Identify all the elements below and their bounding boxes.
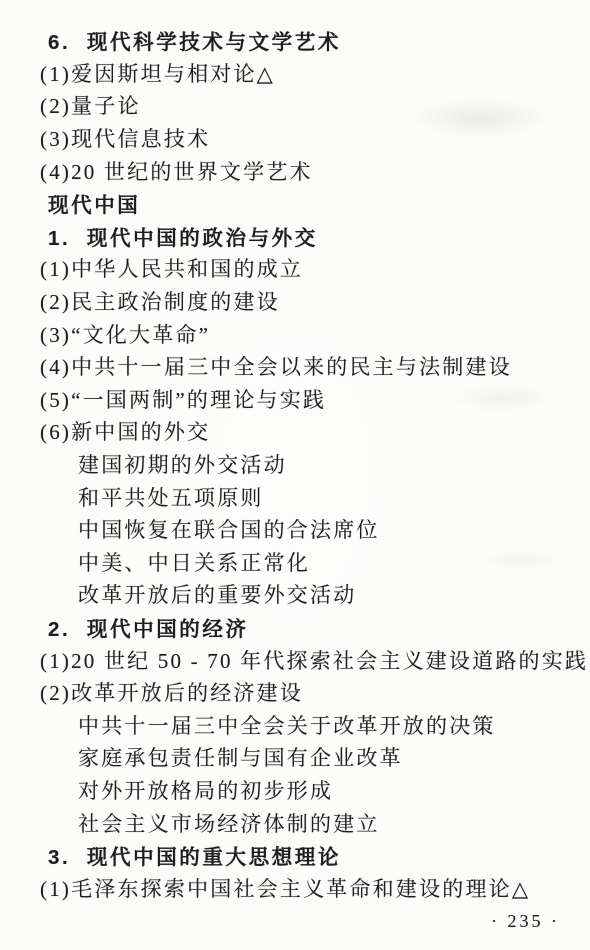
outline-line: 建国初期的外交活动 [0, 448, 590, 481]
outline-list: 6. 现代科学技术与文学艺术 (1)爱因斯坦与相对论△ (2)量子论 (3)现代… [0, 24, 590, 904]
outline-line: 6. 现代科学技术与文学艺术 [0, 24, 590, 57]
outline-line-text: (2)量子论 [40, 90, 141, 120]
outline-line-text: (4)中共十一届三中全会以来的民主与法制建设 [40, 351, 512, 381]
outline-line-text: (1)毛泽东探索中国社会主义革命和建设的理论△ [40, 873, 530, 903]
outline-line-text: 中国恢复在联合国的合法席位 [78, 514, 380, 544]
outline-line: (6)新中国的外交 [0, 415, 590, 448]
outline-line: (2)改革开放后的经济建设 [0, 676, 590, 709]
outline-line: 改革开放后的重要外交活动 [0, 578, 590, 611]
outline-line: (3)“文化大革命” [0, 317, 590, 350]
outline-line: (1)毛泽东探索中国社会主义革命和建设的理论△ [0, 871, 590, 904]
outline-line-text: 社会主义市场经济体制的建立 [78, 808, 380, 838]
outline-line: 中美、中日关系正常化 [0, 546, 590, 579]
outline-line: (4)20 世纪的世界文学艺术 [0, 154, 590, 187]
page-number: · 235 · [491, 911, 560, 932]
outline-line-text: (6)新中国的外交 [40, 416, 210, 446]
outline-line-text: (1)20 世纪 50 - 70 年代探索社会主义建设道路的实践 [40, 645, 588, 675]
outline-line: (1)20 世纪 50 - 70 年代探索社会主义建设道路的实践 [0, 643, 590, 676]
outline-line: 家庭承包责任制与国有企业改革 [0, 741, 590, 774]
outline-line-text: 1. 现代中国的政治与外交 [48, 221, 318, 251]
outline-line: 现代中国 [0, 187, 590, 220]
outline-line: (1)中华人民共和国的成立 [0, 252, 590, 285]
outline-line-text: (1)中华人民共和国的成立 [40, 253, 303, 283]
outline-line-text: (1)爱因斯坦与相对论△ [40, 58, 275, 88]
outline-line: (2)量子论 [0, 89, 590, 122]
outline-line-text: (2)改革开放后的经济建设 [40, 677, 303, 707]
outline-line-text: 中共十一届三中全会关于改革开放的决策 [78, 710, 496, 740]
outline-line-text: (3)“文化大革命” [40, 319, 210, 349]
outline-line: 中国恢复在联合国的合法席位 [0, 513, 590, 546]
outline-line-text: (2)民主政治制度的建设 [40, 286, 280, 316]
outline-line-text: (5)“一国两制”的理论与实践 [40, 384, 326, 414]
outline-line-text: (3)现代信息技术 [40, 123, 210, 153]
outline-line: (2)民主政治制度的建设 [0, 285, 590, 318]
outline-line: (3)现代信息技术 [0, 122, 590, 155]
outline-line: 社会主义市场经济体制的建立 [0, 806, 590, 839]
outline-line-text: 改革开放后的重要外交活动 [78, 579, 356, 609]
scanned-document-page: 6. 现代科学技术与文学艺术 (1)爱因斯坦与相对论△ (2)量子论 (3)现代… [0, 0, 590, 950]
outline-line-text: 3. 现代中国的重大思想理论 [48, 840, 341, 870]
outline-line-text: 对外开放格局的初步形成 [78, 775, 333, 805]
outline-line: 1. 现代中国的政治与外交 [0, 220, 590, 253]
outline-line-text: 中美、中日关系正常化 [78, 547, 310, 577]
outline-line: 中共十一届三中全会关于改革开放的决策 [0, 708, 590, 741]
outline-line-text: 6. 现代科学技术与文学艺术 [48, 25, 341, 55]
outline-line-text: 和平共处五项原则 [78, 482, 264, 512]
outline-line-text: 现代中国 [48, 188, 140, 218]
outline-line-text: 建国初期的外交活动 [78, 449, 287, 479]
outline-line-text: 2. 现代中国的经济 [48, 612, 249, 642]
outline-line: (5)“一国两制”的理论与实践 [0, 383, 590, 416]
outline-line: (1)爱因斯坦与相对论△ [0, 57, 590, 90]
outline-line: (4)中共十一届三中全会以来的民主与法制建设 [0, 350, 590, 383]
outline-line: 和平共处五项原则 [0, 480, 590, 513]
outline-line: 2. 现代中国的经济 [0, 611, 590, 644]
outline-line: 3. 现代中国的重大思想理论 [0, 839, 590, 872]
outline-line-text: (4)20 世纪的世界文学艺术 [40, 156, 313, 186]
outline-line: 对外开放格局的初步形成 [0, 774, 590, 807]
outline-line-text: 家庭承包责任制与国有企业改革 [78, 742, 403, 772]
